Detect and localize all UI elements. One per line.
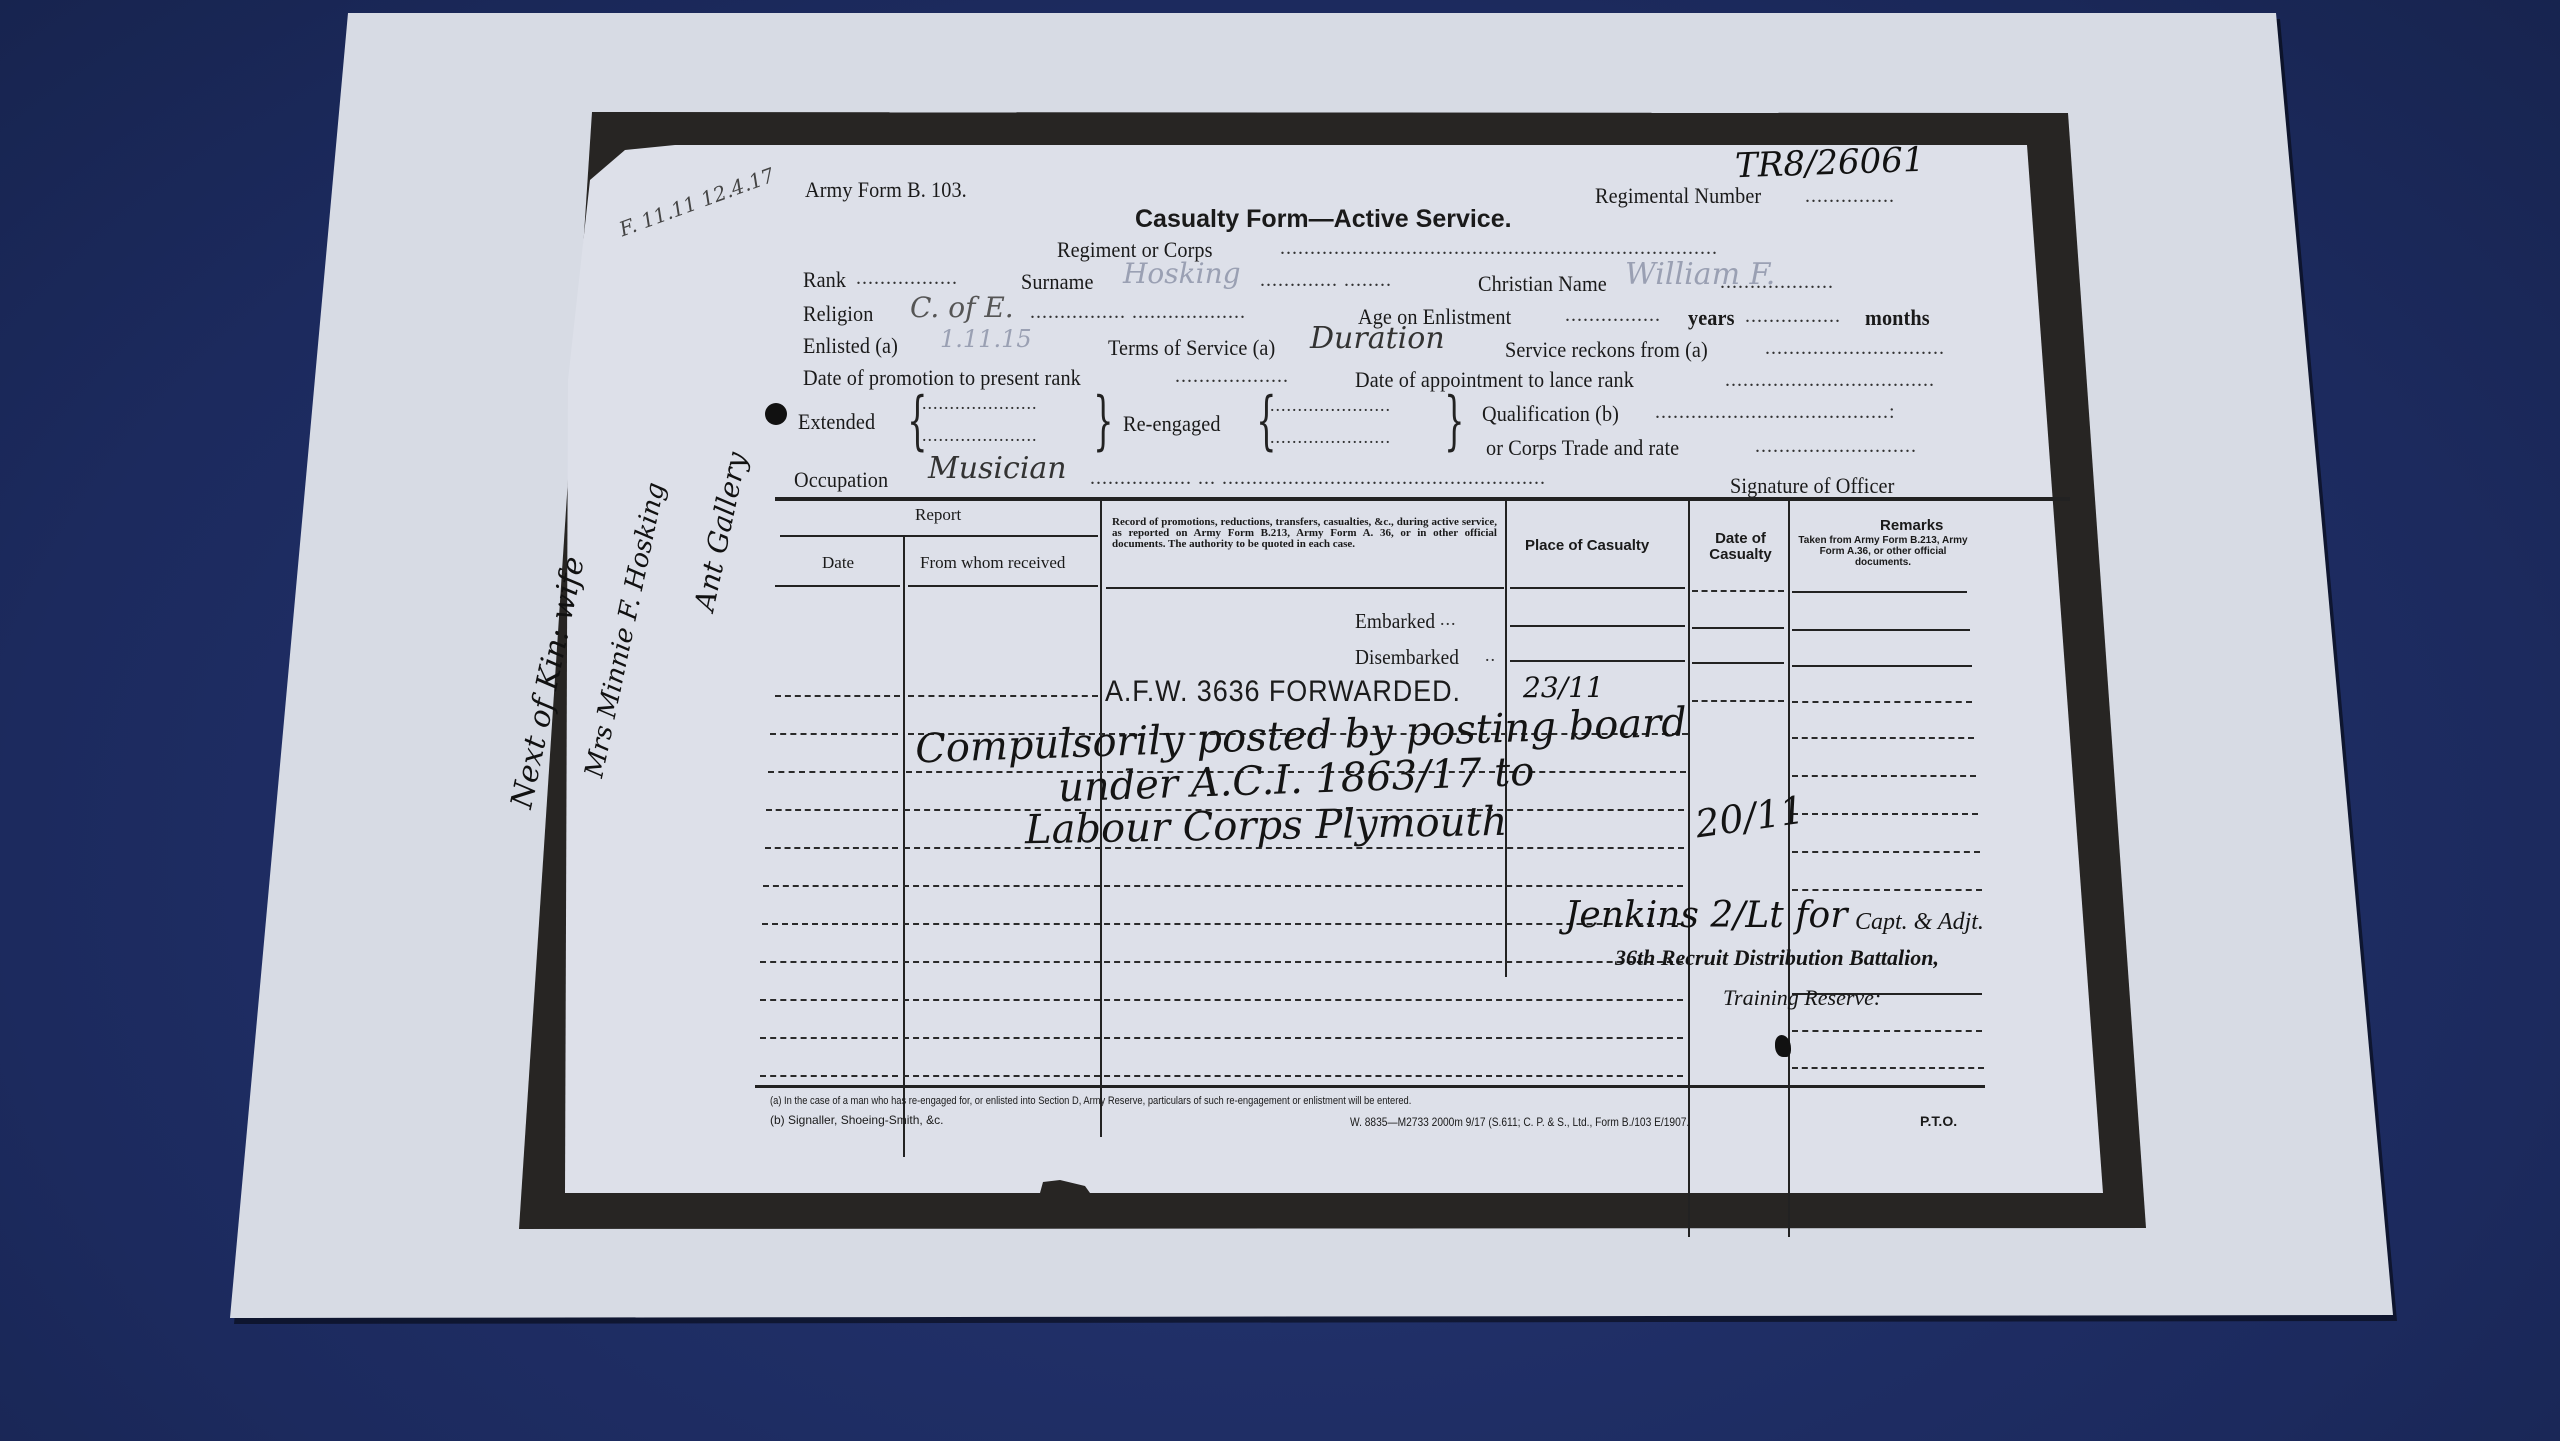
reckons-label: Service reckons from (a)	[1505, 337, 1708, 363]
report-header: Report	[915, 505, 961, 525]
row-line	[760, 999, 898, 1001]
rule	[1692, 627, 1784, 629]
extended-dots-2: .....................	[922, 425, 1038, 446]
form-number: Army Form B. 103.	[805, 177, 967, 203]
embarked-dots: ...	[1440, 609, 1457, 630]
row-line	[766, 809, 898, 811]
row-line	[775, 695, 900, 697]
place-of-casualty-header: Place of Casualty	[1525, 537, 1649, 554]
casualty-form: Army Form B. 103. Casualty Form—Active S…	[570, 145, 2105, 1193]
terms-value: Duration	[1310, 321, 1445, 356]
years-label: years	[1688, 305, 1735, 331]
age-dots: ................	[1565, 304, 1661, 327]
surname-value: Hosking	[1123, 257, 1241, 290]
row-line	[903, 961, 1683, 963]
row-line	[762, 923, 898, 925]
extended-dots-1: .....................	[922, 393, 1038, 414]
row-line	[1792, 737, 1974, 739]
row-line	[770, 733, 898, 735]
row-line	[765, 847, 898, 849]
row-line	[903, 1075, 1683, 1077]
occupation-label: Occupation	[794, 467, 888, 493]
extended-brace-right: }	[1093, 389, 1113, 453]
christian-name-dots: ...................	[1720, 271, 1834, 294]
reengaged-label: Re-engaged	[1123, 411, 1221, 437]
row-line	[760, 1075, 898, 1077]
surname-label: Surname	[1021, 269, 1094, 295]
row-line	[908, 695, 1098, 697]
row-line	[903, 1037, 1683, 1039]
months-label: months	[1865, 305, 1930, 331]
row-line	[1792, 1030, 1982, 1032]
enlisted-label: Enlisted (a)	[803, 333, 898, 359]
occupation-value: Musician	[928, 451, 1067, 486]
col-divider-datecas	[1788, 497, 1790, 1237]
regimental-number-value: TR8/26061	[1734, 140, 1925, 187]
enlisted-value: 1.11.15	[940, 325, 1032, 353]
years-dots: ................	[1745, 305, 1841, 328]
signature-of-officer-label: Signature of Officer	[1730, 473, 1894, 499]
religion-label: Religion	[803, 301, 873, 327]
row-line	[1792, 813, 1978, 815]
report-underline	[780, 535, 1098, 537]
record-header: Record of promotions, reductions, transf…	[1112, 517, 1497, 550]
rule	[1692, 590, 1784, 592]
rule	[1106, 587, 1504, 589]
margin-note-name: Mrs Minnie F. Hosking	[579, 480, 671, 780]
row-line	[1792, 701, 1972, 703]
trade-label: or Corps Trade and rate	[1486, 435, 1679, 461]
row-line	[1792, 851, 1980, 853]
row-line	[768, 771, 898, 773]
corner-pencil-note: F. 11.11 12.4.17	[616, 163, 778, 241]
row-line	[1792, 1067, 1984, 1069]
from-whom-received-header: From whom received	[920, 553, 1065, 573]
extended-label: Extended	[798, 409, 875, 435]
rule	[1510, 660, 1685, 662]
stamp-date: 23/11	[1523, 671, 1604, 704]
row-line	[763, 885, 898, 887]
surname-dots: ............. ........	[1260, 269, 1392, 292]
rank-label: Rank	[803, 267, 846, 293]
reckons-dots: ..............................	[1765, 337, 1945, 360]
lance-rank-dots: ...................................	[1725, 369, 1935, 392]
qualification-dots: .......................................:	[1655, 401, 1896, 424]
rule	[1792, 591, 1967, 593]
terms-label: Terms of Service (a)	[1108, 335, 1275, 361]
capt-adjt-text: Capt. & Adjt.	[1855, 909, 1984, 936]
date-of-casualty-header: Date of Casualty	[1698, 531, 1783, 563]
row-line	[1792, 775, 1976, 777]
rank-dots: .................	[856, 267, 958, 290]
embarked-label: Embarked	[1355, 609, 1435, 634]
entry-line-3: Labour Corps Plymouth	[1025, 799, 1508, 853]
form-title: Casualty Form—Active Service.	[1135, 205, 1512, 234]
regimental-number-label: Regimental Number	[1595, 183, 1761, 209]
row-line	[760, 961, 898, 963]
qualification-label: Qualification (b)	[1482, 401, 1619, 427]
promotion-label: Date of promotion to present rank	[803, 365, 1081, 391]
row-line	[760, 1037, 898, 1039]
religion-value: C. of E.	[910, 291, 1014, 324]
rule	[775, 585, 900, 587]
row-line	[903, 885, 1683, 887]
rule	[1510, 625, 1685, 627]
hole-punch-dot	[765, 403, 787, 425]
battalion-stamp: 36th Recruit Distribution Battalion,	[1615, 945, 1939, 971]
row-line	[1692, 700, 1784, 702]
religion-dots: ................ ...................	[1030, 301, 1246, 324]
christian-name-label: Christian Name	[1478, 271, 1607, 297]
reengaged-dots-1: ......................	[1270, 395, 1391, 416]
remarks-subheader: Taken from Army Form B.213, Army Form A.…	[1798, 535, 1968, 568]
row-line	[903, 999, 1683, 1001]
occupation-dots: ................. ... ..................…	[1090, 467, 1546, 490]
printer-imprint: W. 8835—M2733 2000m 9/17 (S.611; C. P. &…	[1350, 1115, 1689, 1129]
footnote-a: (a) In the case of a man who has re-enga…	[770, 1095, 1411, 1107]
rule	[1792, 665, 1972, 667]
training-reserve-stamp: Training Reserve:	[1723, 985, 1881, 1011]
lance-rank-label: Date of appointment to lance rank	[1355, 367, 1634, 393]
margin-note-address: Ant Gallery	[688, 449, 754, 613]
rule	[1792, 629, 1970, 631]
rule	[908, 585, 1098, 587]
date-header: Date	[822, 553, 854, 573]
table-bottom-rule	[755, 1085, 1985, 1088]
disembarked-label: Disembarked	[1355, 645, 1459, 670]
trade-dots: ...........................	[1755, 435, 1917, 458]
reengaged-dots-2: ......................	[1270, 427, 1391, 448]
regimental-number-dots: ...............	[1805, 185, 1895, 208]
header-rule	[775, 497, 2070, 501]
row-line	[1792, 889, 1982, 891]
afw-forwarded-stamp: A.F.W. 3636 FORWARDED.	[1105, 675, 1461, 709]
pto-text: P.T.O.	[1920, 1113, 1957, 1129]
reengaged-brace-right: }	[1444, 389, 1464, 453]
remarks-header: Remarks	[1880, 517, 1943, 534]
rule	[1510, 587, 1685, 589]
officer-signature: Jenkins 2/Lt for	[1565, 895, 1847, 936]
disembarked-dots: ..	[1485, 645, 1496, 666]
footnote-b: (b) Signaller, Shoeing-Smith, &c.	[770, 1113, 943, 1127]
rule	[1692, 662, 1784, 664]
